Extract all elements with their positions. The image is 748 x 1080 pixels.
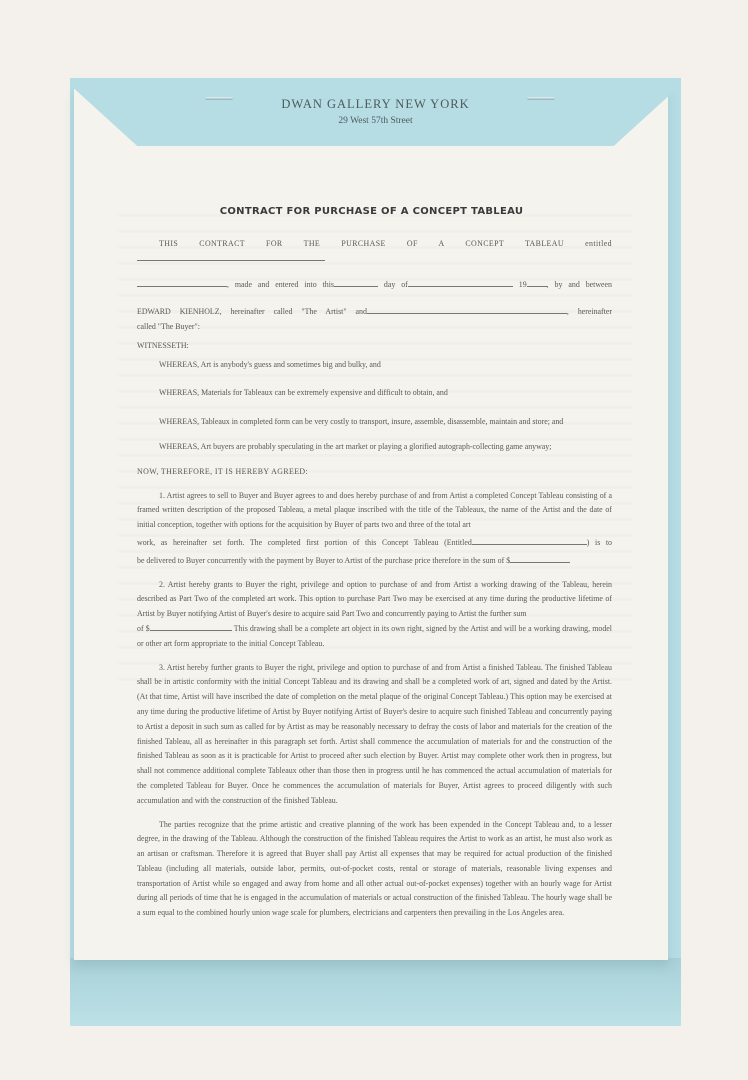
whereas-1: WHEREAS, Art is anybody's guess and some… [137, 358, 612, 373]
title-field[interactable] [137, 252, 325, 261]
intro-line-3: EDWARD KIENHOLZ, hereinafter called "The… [137, 305, 612, 320]
clause-3: 3. Artist hereby further grants to Buyer… [137, 661, 612, 809]
further-sum-field[interactable] [150, 622, 232, 631]
day-field[interactable] [334, 278, 378, 287]
entitled-field[interactable] [472, 536, 587, 545]
whereas-4: WHEREAS, Art buyers are probably specula… [137, 440, 612, 455]
whereas-2: WHEREAS, Materials for Tableaux can be e… [137, 386, 612, 401]
buyer-name-field[interactable] [367, 305, 567, 314]
year-field[interactable] [527, 278, 547, 287]
folder-bottom [70, 958, 681, 1026]
clause-1-entitled: work, as hereinafter set forth. The comp… [137, 536, 612, 551]
purchase-price-field[interactable] [510, 554, 570, 563]
intro-line-1: THIS CONTRACT FOR THE PURCHASE OF A CONC… [137, 237, 612, 267]
intro-line-2: , made and entered into this day of 19, … [137, 278, 612, 293]
contract-body: CONTRACT FOR PURCHASE OF A CONCEPT TABLE… [137, 205, 612, 921]
intro-line-4: called "The Buyer": [137, 320, 612, 335]
gallery-name: DWAN GALLERY NEW YORK [70, 97, 681, 112]
whereas-3: WHEREAS, Tableaux in completed form can … [137, 415, 612, 430]
letterhead: DWAN GALLERY NEW YORK 29 West 57th Stree… [70, 97, 681, 126]
witnesseth: WITNESSETH: [137, 339, 612, 354]
clause-2: 2. Artist hereby grants to Buyer the rig… [137, 578, 612, 622]
clause-1-price: be delivered to Buyer concurrently with … [137, 554, 612, 569]
clause-2-sum: of $ This drawing shall be a complete ar… [137, 622, 612, 652]
hereby-agreed: NOW, THEREFORE, IT IS HEREBY AGREED: [137, 465, 612, 480]
contract-title: CONTRACT FOR PURCHASE OF A CONCEPT TABLE… [131, 205, 612, 220]
title-field-continued[interactable] [137, 278, 227, 287]
gallery-address: 29 West 57th Street [70, 116, 681, 126]
clause-1: 1. Artist agrees to sell to Buyer and Bu… [137, 489, 612, 533]
clause-4: The parties recognize that the prime art… [137, 818, 612, 922]
month-field[interactable] [408, 278, 513, 287]
